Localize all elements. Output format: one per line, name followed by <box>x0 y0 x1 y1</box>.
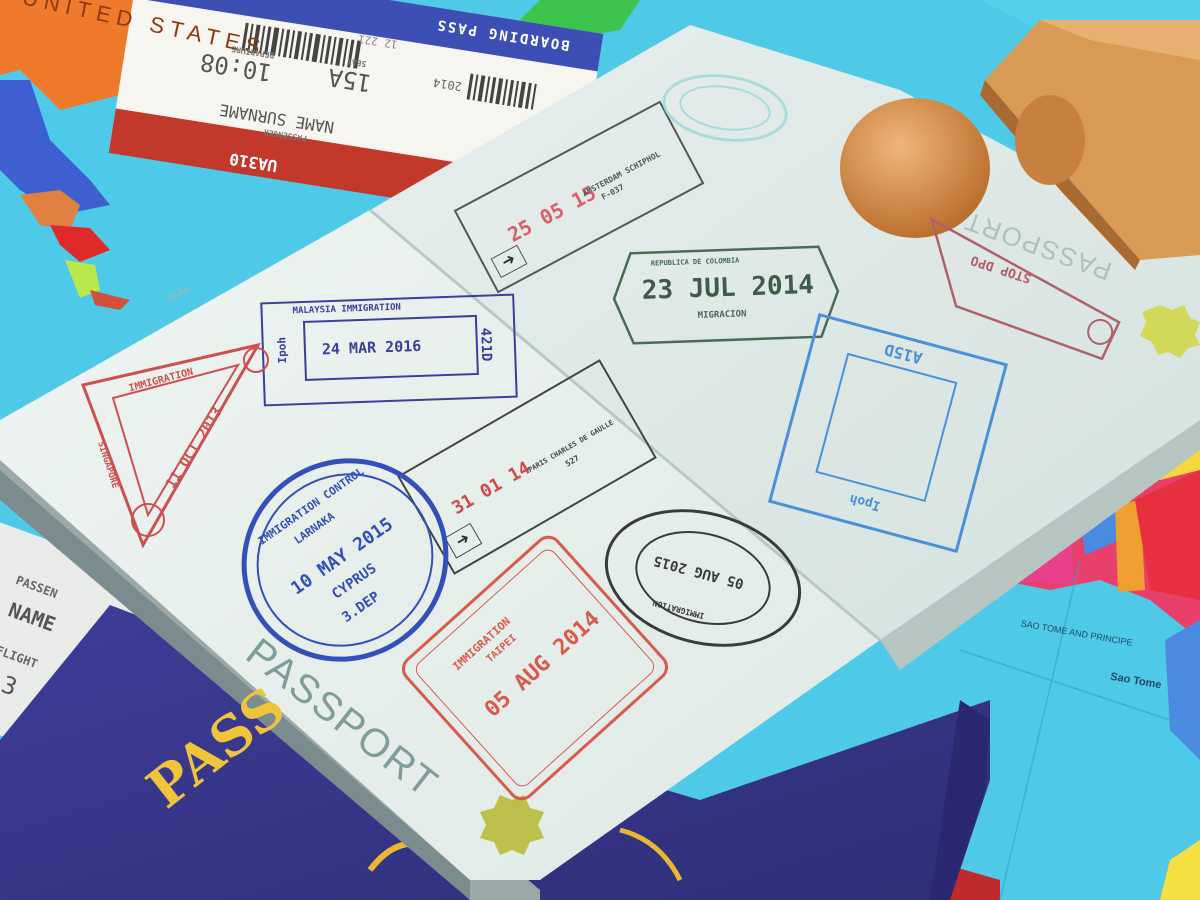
boarding-year: 2014 <box>432 75 463 93</box>
photo-scene: UNITED STATES SAO TOME AND PRINCIPE Sao … <box>0 0 1200 900</box>
stamp-malaysia: MALAYSIA IMMIGRATION 24 MAR 2016 421D Ip… <box>260 294 517 407</box>
stamp-colombia: REPUBLICA DE COLOMBIA 23 JUL 2014 MIGRAC… <box>610 241 841 349</box>
flight-code: 12 221 <box>357 32 398 51</box>
stamp-singapore: IMMIGRATION 11 OCT 2013 SINGAPORE <box>78 340 278 550</box>
seat-number: 15A <box>326 63 373 97</box>
arrow-icon: ➜ <box>491 245 528 279</box>
arrow-icon: ➜ <box>444 523 482 559</box>
